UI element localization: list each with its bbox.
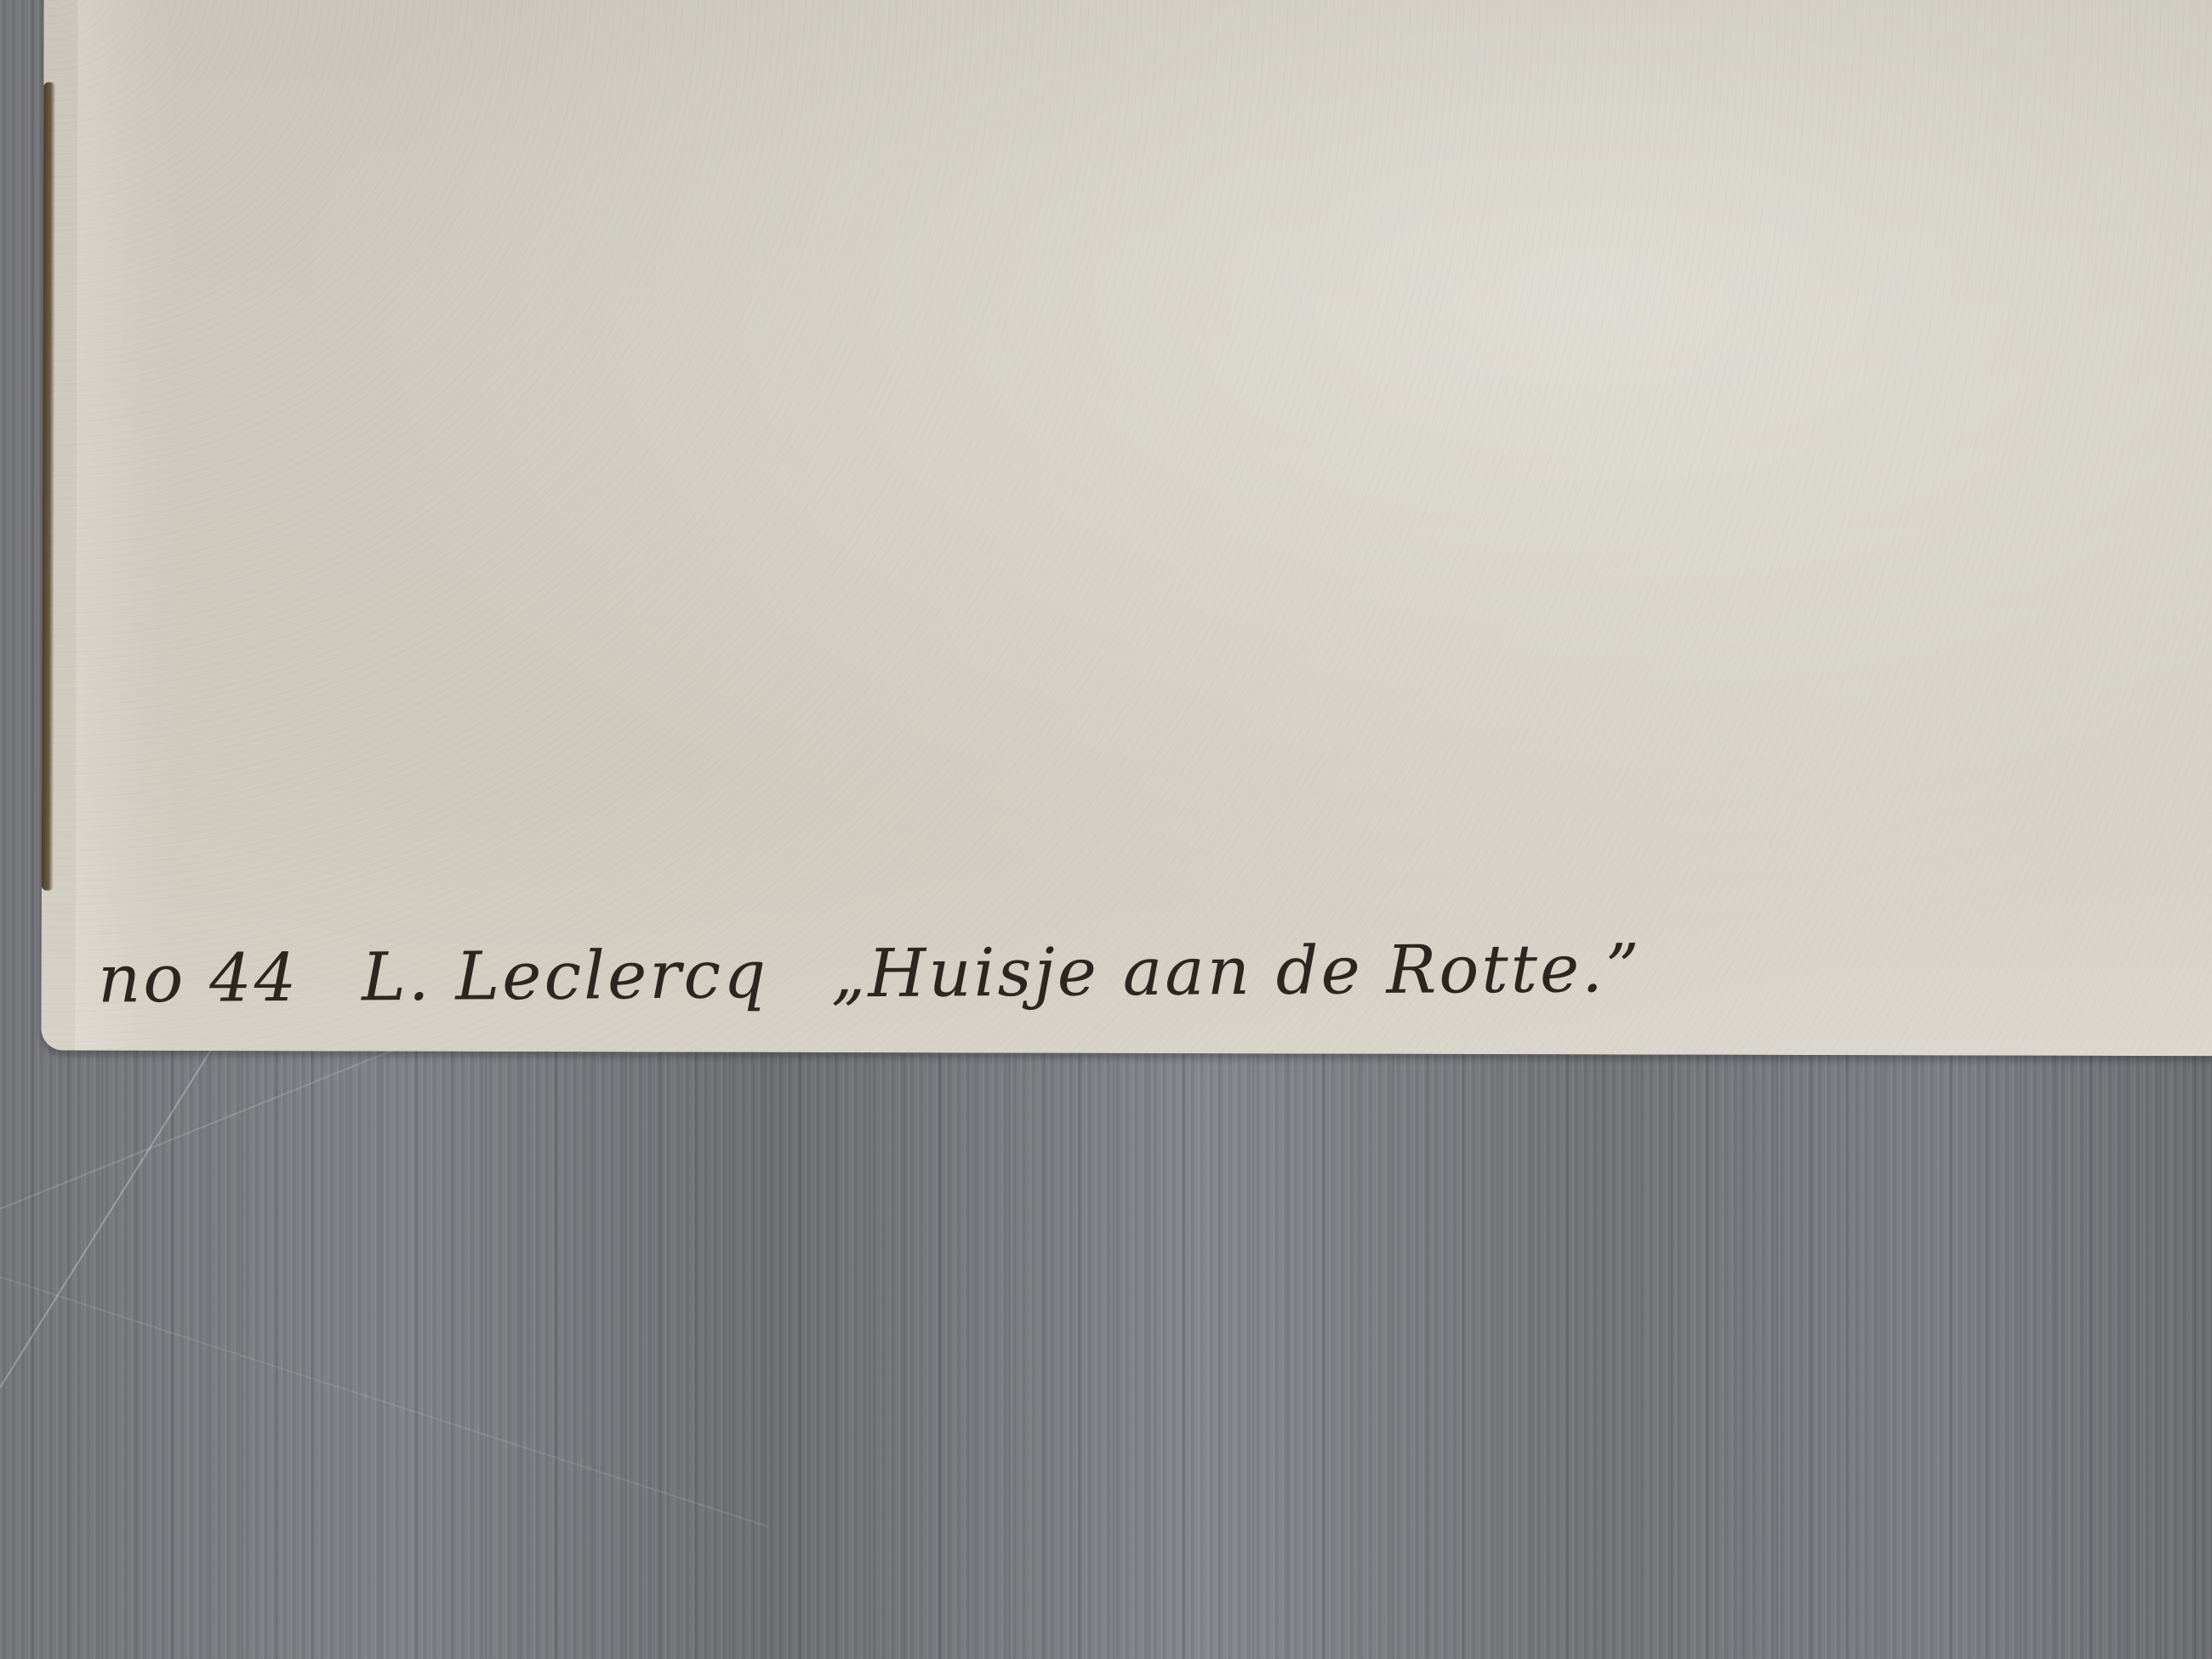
handwritten-inscription: no 44 L. Leclercq „Huisje aan de Rotte.” <box>98 931 1681 1018</box>
paper-sheet <box>41 0 2212 1056</box>
paper-fold-shading <box>75 0 180 1051</box>
table-scratch <box>0 1276 769 1527</box>
torn-paper-edge <box>42 83 55 891</box>
paper-texture <box>41 0 2212 1056</box>
inscription-artist: L. Leclercq <box>362 937 769 1016</box>
inscription-title: „Huisje aan de Rotte.” <box>831 931 1643 1013</box>
inscription-number: no 44 <box>98 940 299 1018</box>
photo-scene: no 44 L. Leclercq „Huisje aan de Rotte.” <box>0 0 2212 1659</box>
